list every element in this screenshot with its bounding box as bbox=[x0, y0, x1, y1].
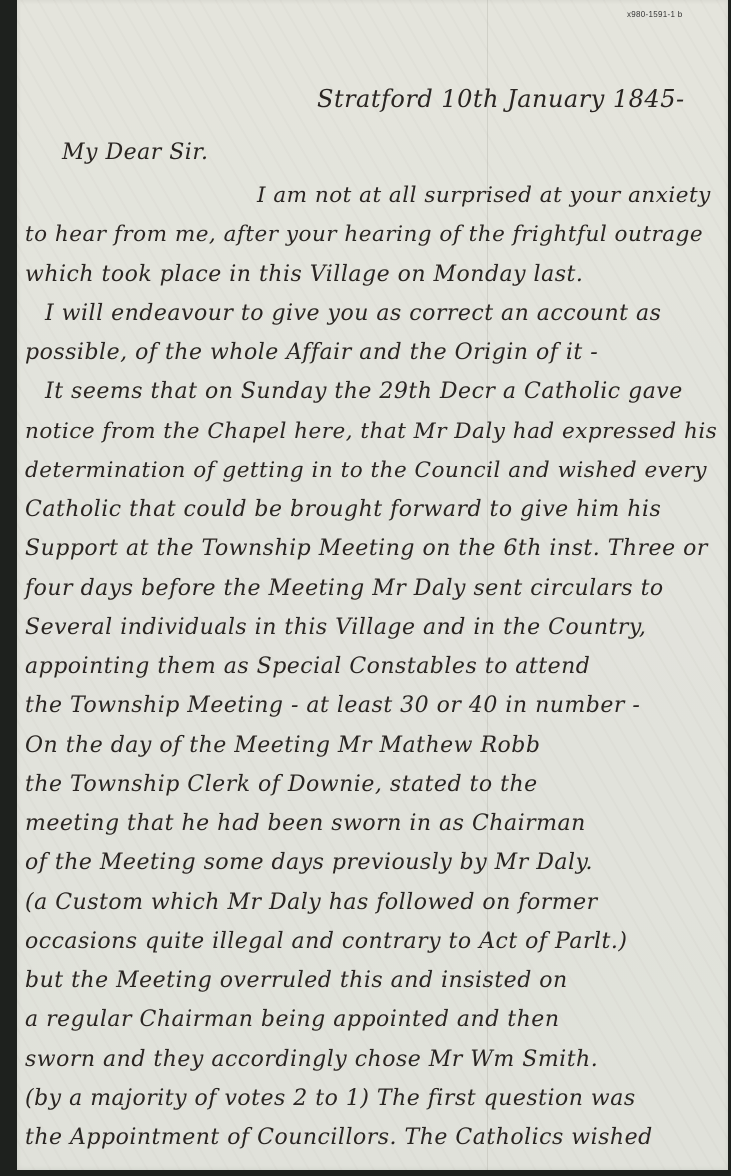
body-line: It seems that on Sunday the 29th Decr a … bbox=[45, 379, 683, 404]
body-line: (a Custom which Mr Daly has followed on … bbox=[25, 890, 598, 915]
body-line: (by a majority of votes 2 to 1) The firs… bbox=[25, 1086, 636, 1111]
body-line: the Township Meeting - at least 30 or 40… bbox=[25, 693, 640, 718]
body-line: Support at the Township Meeting on the 6… bbox=[25, 536, 708, 561]
body-line: to hear from me, after your hearing of t… bbox=[25, 222, 703, 247]
body-line: I will endeavour to give you as correct … bbox=[45, 301, 661, 326]
body-line: appointing them as Special Constables to… bbox=[25, 654, 590, 679]
body-line: determination of getting in to the Counc… bbox=[25, 458, 707, 483]
body-line: meeting that he had been sworn in as Cha… bbox=[25, 811, 586, 836]
body-line: On the day of the Meeting Mr Mathew Robb bbox=[25, 733, 540, 758]
body-line: possible, of the whole Affair and the Or… bbox=[25, 340, 598, 365]
body-line: notice from the Chapel here, that Mr Dal… bbox=[25, 419, 717, 444]
archive-reference-number: x980-1591-1 b bbox=[627, 10, 683, 19]
letter-page: x980-1591-1 b Stratford 10th January 184… bbox=[17, 0, 728, 1170]
body-line: occasions quite illegal and contrary to … bbox=[25, 929, 627, 954]
body-line: which took place in this Village on Mond… bbox=[25, 262, 583, 287]
body-line: but the Meeting overruled this and insis… bbox=[25, 968, 568, 993]
body-line: four days before the Meeting Mr Daly sen… bbox=[25, 576, 664, 601]
body-line: of the Meeting some days previously by M… bbox=[25, 850, 593, 875]
body-line: sworn and they accordingly chose Mr Wm S… bbox=[25, 1047, 598, 1072]
body-line: a regular Chairman being appointed and t… bbox=[25, 1007, 559, 1032]
body-line: the Appointment of Councillors. The Cath… bbox=[25, 1125, 653, 1150]
salutation: My Dear Sir. bbox=[62, 140, 208, 165]
body-line: I am not at all surprised at your anxiet… bbox=[257, 183, 711, 208]
body-line: the Township Clerk of Downie, stated to … bbox=[25, 772, 538, 797]
body-line: Catholic that could be brought forward t… bbox=[25, 497, 661, 522]
dateline: Stratford 10th January 1845- bbox=[317, 85, 685, 113]
body-line: Several individuals in this Village and … bbox=[25, 615, 646, 640]
